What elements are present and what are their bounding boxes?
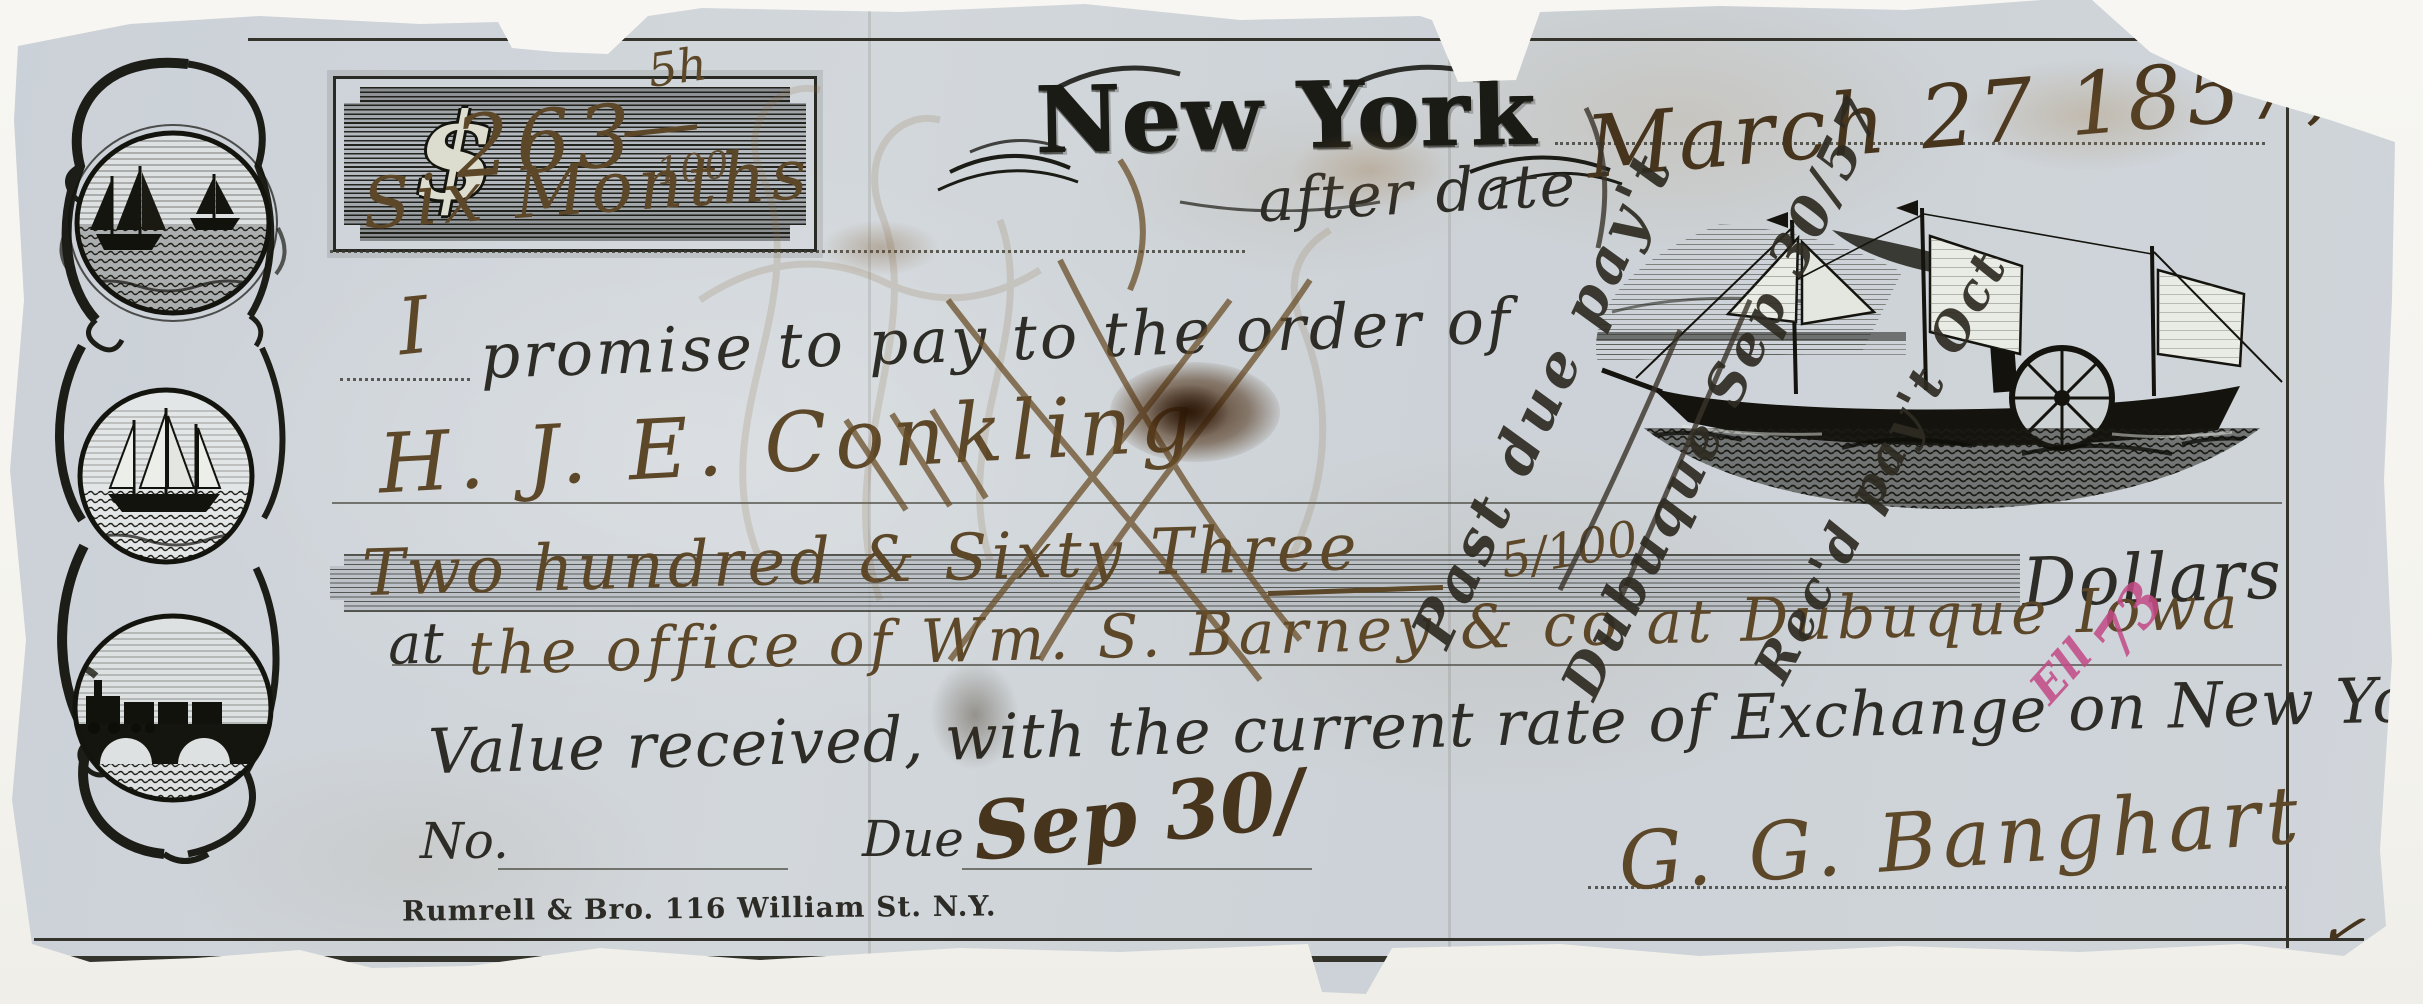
paper-sheet: $ 263 — 5h 100 New York March 27 1857, S… (0, 0, 2423, 1004)
scanned-promissory-note: $ 263 — 5h 100 New York March 27 1857, S… (0, 0, 2423, 1004)
ink-scribbles-and-ghosting (0, 0, 2423, 1004)
